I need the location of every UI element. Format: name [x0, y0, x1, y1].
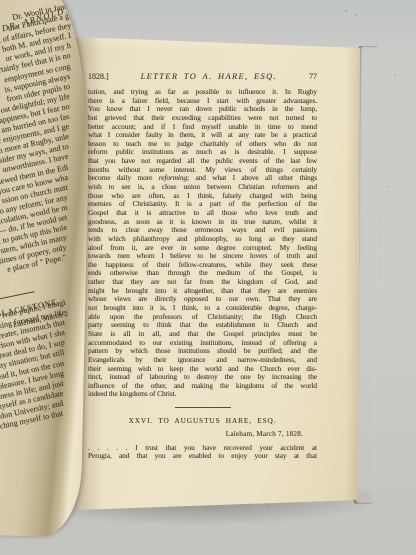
letter-dateline: Laleham, March 7, 1828. [88, 430, 317, 438]
letter-opening: . . . . . I trust that you have recovere… [88, 444, 317, 462]
left-page-content: DR. ARNOLD. Dr. Wooll in Januathat I ant… [0, 0, 74, 442]
right-page-content: 1828.] LETTER TO A. HARE, ESQ. 77 tution… [88, 72, 317, 461]
letter-body: tution, and trying as far as possible to… [88, 88, 317, 399]
left-section-rule [0, 292, 34, 301]
header-date-bracket: 1828.] [88, 72, 109, 81]
text-line: Perugia, and that you are enabled to enj… [88, 452, 317, 461]
page-top-edge-highlight [74, 30, 360, 56]
running-header: 1828.] LETTER TO A. HARE, ESQ. 77 [88, 72, 317, 82]
dust-specks [0, 0, 2, 2]
section-divider-rule [175, 407, 231, 408]
page-number: 77 [309, 72, 317, 81]
header-title: LETTER TO A. HARE, ESQ. [141, 72, 277, 81]
left-page-curled: DR. ARNOLD. Dr. Wooll in Januathat I ant… [0, 0, 92, 537]
left-page-fragments-upper: Dr. Wooll in Januathat I anticipate a gr… [0, 20, 74, 287]
book-photograph: 1828.] LETTER TO A. HARE, ESQ. 77 tution… [0, 0, 416, 555]
text-line: indeed the kingdoms of Christ. [88, 390, 317, 399]
letter-number-heading: XXVI. TO AUGUSTUS HARE, ESQ. [88, 416, 317, 425]
right-page: 1828.] LETTER TO A. HARE, ESQ. 77 tution… [74, 30, 360, 510]
left-page-fragments-lower: ivate pupils, I imagiking forward to a l… [0, 317, 68, 443]
fore-edge-shadow [346, 30, 360, 510]
